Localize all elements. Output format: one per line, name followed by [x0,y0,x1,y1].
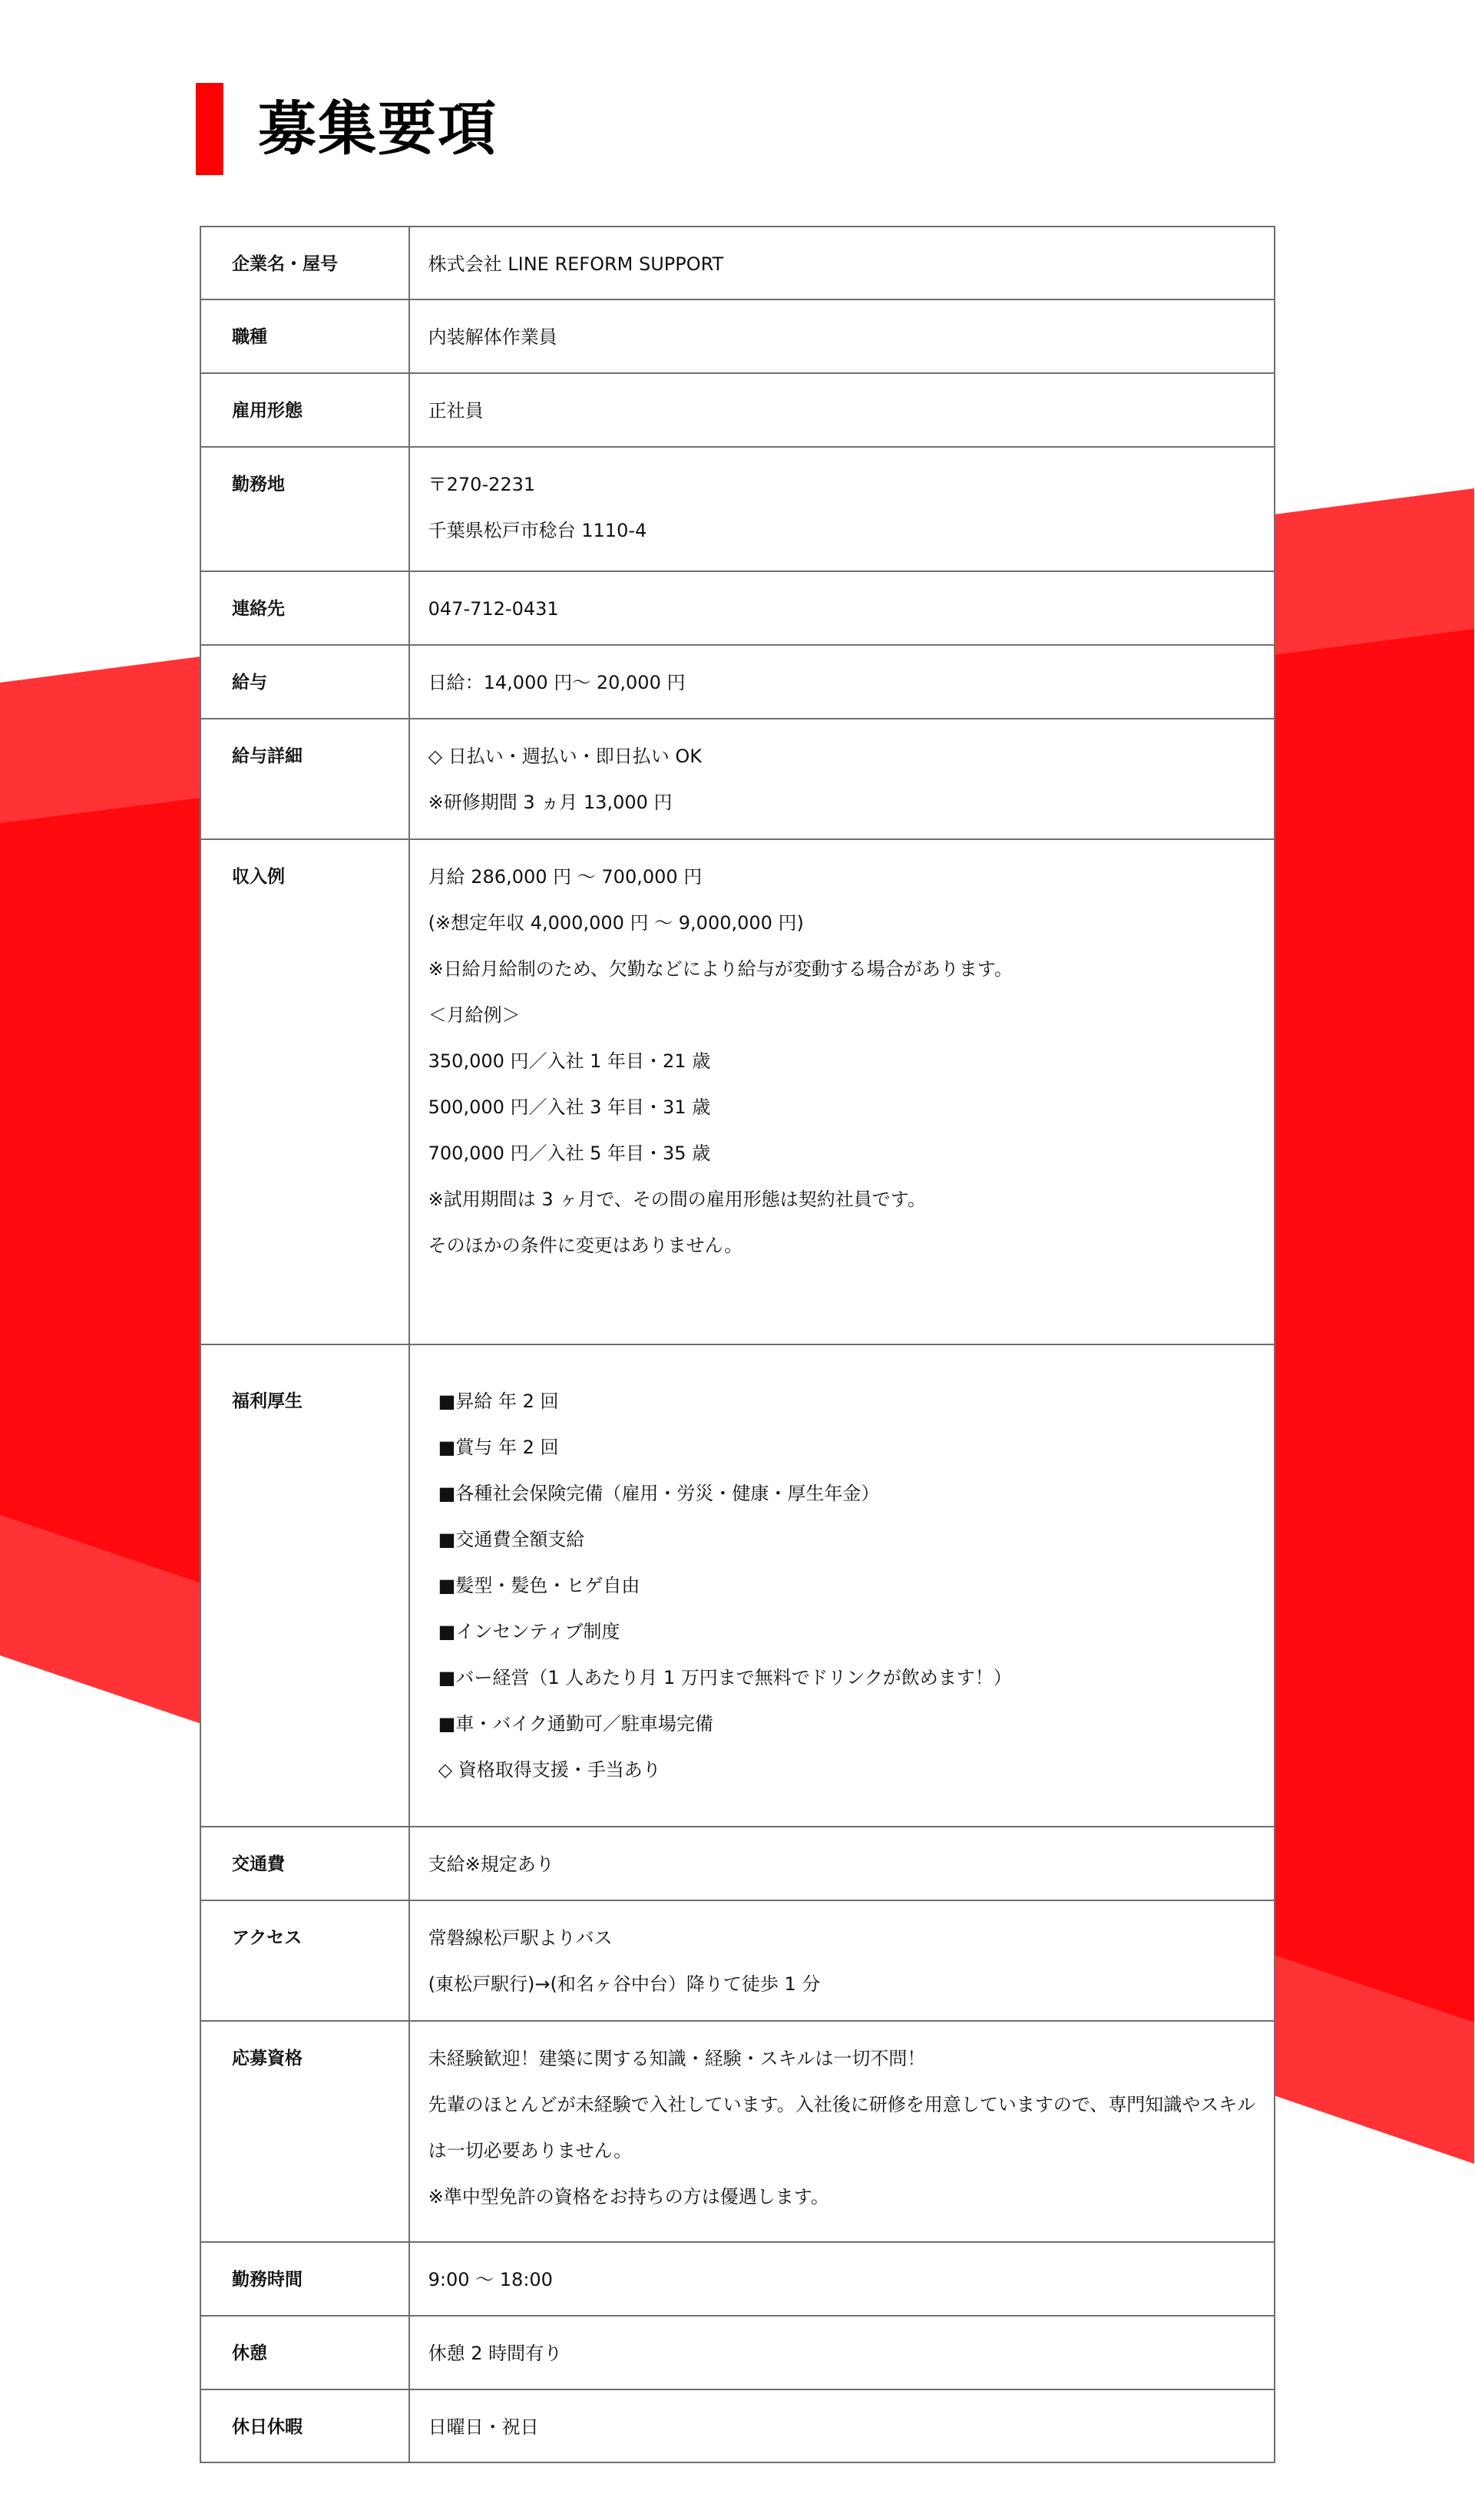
table-row-break: 休憩 休憩 2 時間有り [200,2316,1275,2389]
value-line: 月給 286,000 円 〜 700,000 円 [428,863,1255,891]
value-line: ＜月給例＞ [428,1001,1255,1029]
table-row-salary-details: 給与詳細 ◇ 日払い・週払い・即日払い OK ※研修期間 3 ヵ月 13,000… [200,719,1275,839]
row-value: 正社員 [409,373,1275,447]
value-line: 日曜日・祝日 [428,2413,1255,2441]
row-value: 株式会社 LINE REFORM SUPPORT [409,227,1275,299]
row-value: 日曜日・祝日 [409,2389,1275,2462]
value-line: 500,000 円／入社 3 年目・31 歳 [428,1093,1255,1121]
table-row-employment-type: 雇用形態 正社員 [200,373,1275,447]
row-value: ◇ 日払い・週払い・即日払い OK ※研修期間 3 ヵ月 13,000 円 [409,719,1275,839]
value-line: 未経験歓迎！建築に関する知識・経験・スキルは一切不問！ [428,2045,1255,2072]
row-label: 連絡先 [200,571,409,645]
table-row-working-hours: 勤務時間 9:00 〜 18:00 [200,2242,1275,2316]
recruitment-table: 企業名・屋号 株式会社 LINE REFORM SUPPORT 職種 内装解体作… [200,226,1275,2463]
row-value: ■昇給 年 2 回 ■賞与 年 2 回 ■各種社会保険完備（雇用・労災・健康・厚… [409,1344,1275,1827]
row-label: 職種 [200,299,409,373]
page-title: 募集要項 [258,91,498,167]
left-shape-dark [0,798,201,1583]
benefit-item: ■交通費全額支給 [428,1526,1255,1553]
table-row-qualifications: 応募資格 未経験歓迎！建築に関する知識・経験・スキルは一切不問！ 先輩のほとんど… [200,2021,1275,2242]
row-label: 勤務時間 [200,2242,409,2316]
phone-number: 047-712-0431 [428,595,1255,623]
value-line: 先輩のほとんどが未経験で入社しています。入社後に研修を用意していますので、専門知… [428,2091,1255,2118]
benefit-item: ■バー経営（1 人あたり月 1 万円まで無料でドリンクが飲めます！） [428,1664,1255,1692]
benefit-item: ■昇給 年 2 回 [428,1387,1255,1415]
value-line: ※日給月給制のため、欠勤などにより給与が変動する場合があります。 [428,955,1255,983]
value-line: 350,000 円／入社 1 年目・21 歳 [428,1047,1255,1075]
value-line: 700,000 円／入社 5 年目・35 歳 [428,1139,1255,1167]
row-label: 収入例 [200,839,409,1344]
row-label: 雇用形態 [200,373,409,447]
value-line: 正社員 [428,397,1255,425]
row-label: 企業名・屋号 [200,227,409,299]
row-label: 休憩 [200,2316,409,2389]
value-line: ◇ 日払い・週払い・即日払い OK [428,742,1255,770]
value-line: (※想定年収 4,000,000 円 〜 9,000,000 円) [428,909,1255,937]
row-label: 給与 [200,645,409,719]
row-value: 〒270-2231 千葉県松戸市稔台 1110-4 [409,447,1275,571]
value-line: 支給※規定あり [428,1850,1255,1878]
title-accent-bar [196,83,223,175]
row-value: 9:00 〜 18:00 [409,2242,1275,2316]
value-line: そのほかの条件に変更はありません。 [428,1232,1255,1259]
row-value: 休憩 2 時間有り [409,2316,1275,2389]
benefit-item: ■各種社会保険完備（雇用・労災・健康・厚生年金） [428,1480,1255,1507]
row-label: 勤務地 [200,447,409,571]
row-label: 交通費 [200,1827,409,1900]
value-line: ※試用期間は 3 ヶ月で、その間の雇用形態は契約社員です。 [428,1186,1255,1213]
table-row-income-examples: 収入例 月給 286,000 円 〜 700,000 円 (※想定年収 4,00… [200,839,1275,1344]
table-row-job-type: 職種 内装解体作業員 [200,299,1275,373]
value-line: は一切必要ありません。 [428,2137,1255,2164]
row-value: 047-712-0431 [409,571,1275,645]
table-row-transportation: 交通費 支給※規定あり [200,1827,1275,1900]
value-line: ※準中型免許の資格をお持ちの方は優遇します。 [428,2183,1255,2211]
benefit-item: ◇ 資格取得支援・手当あり [428,1756,1255,1784]
benefit-item: ■インセンティブ制度 [428,1618,1255,1645]
value-line: 内装解体作業員 [428,323,1255,351]
value-line: ※研修期間 3 ヵ月 13,000 円 [428,789,1255,816]
table-row-holidays: 休日休暇 日曜日・祝日 [200,2389,1275,2462]
value-line: 株式会社 LINE REFORM SUPPORT [428,250,1255,278]
row-label: 給与詳細 [200,719,409,839]
row-label: 福利厚生 [200,1344,409,1827]
right-shape-dark [1274,629,1474,2022]
benefit-item: ■髪型・髪色・ヒゲ自由 [428,1572,1255,1599]
table-row-access: アクセス 常磐線松戸駅よりバス (東松戸駅行)→(和名ヶ谷中台）降りて徒歩 1 … [200,1900,1275,2021]
row-label: 応募資格 [200,2021,409,2242]
value-line: (東松戸駅行)→(和名ヶ谷中台）降りて徒歩 1 分 [428,1970,1255,1998]
row-value: 常磐線松戸駅よりバス (東松戸駅行)→(和名ヶ谷中台）降りて徒歩 1 分 [409,1900,1275,2021]
table-row-contact: 連絡先 047-712-0431 [200,571,1275,645]
value-line: 9:00 〜 18:00 [428,2266,1255,2293]
row-value: 月給 286,000 円 〜 700,000 円 (※想定年収 4,000,00… [409,839,1275,1344]
postal-code: 〒270-2231 [428,471,1255,498]
row-label: アクセス [200,1900,409,2021]
table-row-benefits: 福利厚生 ■昇給 年 2 回 ■賞与 年 2 回 ■各種社会保険完備（雇用・労災… [200,1344,1275,1827]
row-value: 支給※規定あり [409,1827,1275,1900]
table-row-work-location: 勤務地 〒270-2231 千葉県松戸市稔台 1110-4 [200,447,1275,571]
benefit-item: ■車・バイク通勤可／駐車場完備 [428,1710,1255,1738]
row-value: 内装解体作業員 [409,299,1275,373]
row-value: 未経験歓迎！建築に関する知識・経験・スキルは一切不問！ 先輩のほとんどが未経験で… [409,2021,1275,2242]
row-label: 休日休暇 [200,2389,409,2462]
value-line: 常磐線松戸駅よりバス [428,1924,1255,1952]
benefit-item: ■賞与 年 2 回 [428,1434,1255,1461]
row-value: 日給：14,000 円〜 20,000 円 [409,645,1275,719]
table-row-company: 企業名・屋号 株式会社 LINE REFORM SUPPORT [200,227,1275,299]
value-line: 日給：14,000 円〜 20,000 円 [428,669,1255,696]
value-line: 休憩 2 時間有り [428,2340,1255,2367]
table-row-salary: 給与 日給：14,000 円〜 20,000 円 [200,645,1275,719]
address: 千葉県松戸市稔台 1110-4 [428,517,1255,544]
